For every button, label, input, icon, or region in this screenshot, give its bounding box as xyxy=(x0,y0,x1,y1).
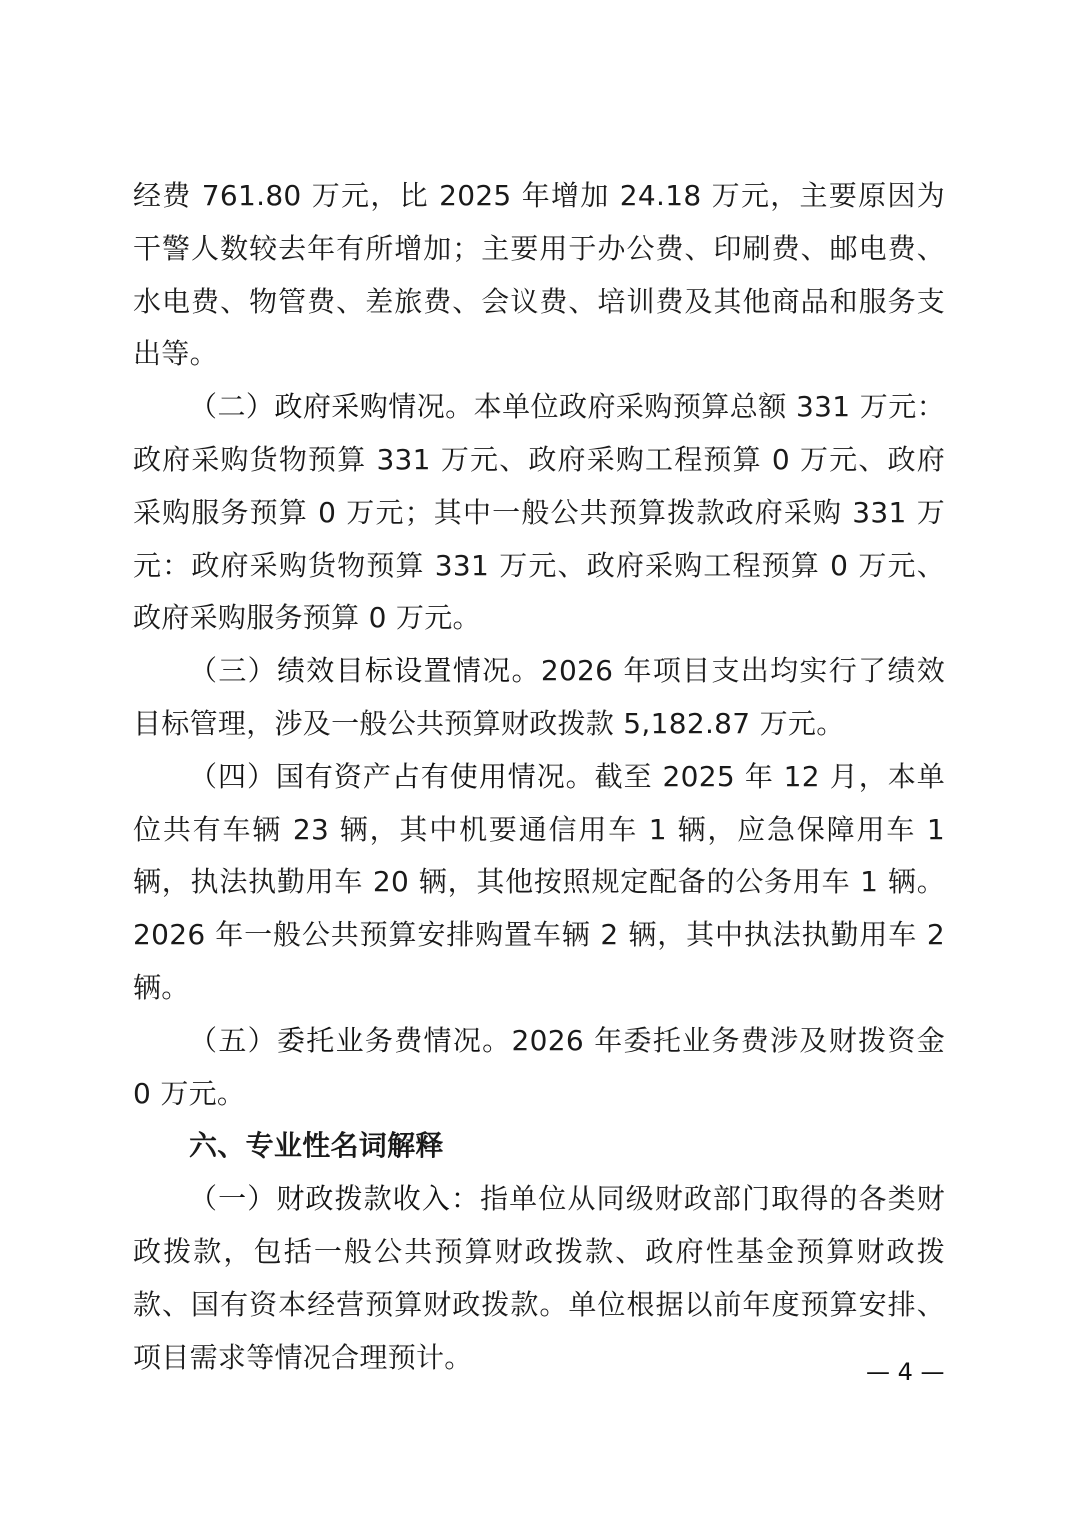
paragraph-commissioned-services: （五）委托业务费情况。2026 年委托业务费涉及财拨资金 0 万元。 xyxy=(133,1015,945,1121)
paragraph-lead: （五）委托业务费情况。 xyxy=(189,1024,512,1057)
paragraph-performance-goals: （三）绩效目标设置情况。2026 年项目支出均实行了绩效目标管理，涉及一般公共预… xyxy=(133,645,945,751)
paragraph-text: 截至 2025 年 12 月，本单位共有车辆 23 辆，其中机要通信用车 1 辆… xyxy=(133,760,945,1004)
page-number: — 4 — xyxy=(866,1358,945,1386)
section-heading: 六、专业性名词解释 xyxy=(133,1120,945,1173)
paragraph-text: 经费 761.80 万元，比 2025 年增加 24.18 万元，主要原因为干警… xyxy=(133,179,945,370)
paragraph-lead: （三）绩效目标设置情况。 xyxy=(189,654,541,687)
paragraph-public-expenses: 经费 761.80 万元，比 2025 年增加 24.18 万元，主要原因为干警… xyxy=(133,170,945,381)
paragraph-lead: （二）政府采购情况。 xyxy=(189,390,474,423)
paragraph-state-assets: （四）国有资产占有使用情况。截至 2025 年 12 月，本单位共有车辆 23 … xyxy=(133,751,945,1015)
paragraph-lead: （四）国有资产占有使用情况。 xyxy=(189,760,595,793)
paragraph-text: 本单位政府采购预算总额 331 万元：政府采购货物预算 331 万元、政府采购工… xyxy=(133,390,945,634)
definition-fiscal-appropriation-income: （一）财政拨款收入：指单位从同级财政部门取得的各类财政拨款，包括一般公共预算财政… xyxy=(133,1173,945,1384)
paragraph-government-procurement: （二）政府采购情况。本单位政府采购预算总额 331 万元：政府采购货物预算 33… xyxy=(133,381,945,645)
definition-term: （一）财政拨款收入： xyxy=(189,1182,480,1215)
document-page: 经费 761.80 万元，比 2025 年增加 24.18 万元，主要原因为干警… xyxy=(133,170,945,1384)
